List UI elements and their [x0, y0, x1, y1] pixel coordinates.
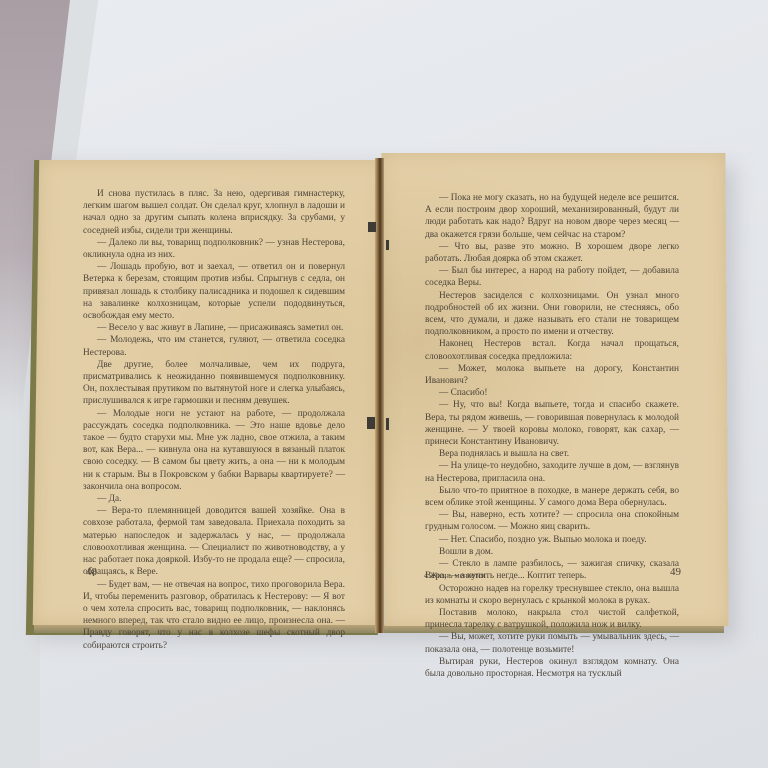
paragraph: — Молодежь, что им станется, гуляют, — о… — [83, 334, 345, 358]
paragraph: — Ну, что вы! Когда выпьете, тогда и спа… — [425, 399, 679, 448]
paragraph: И снова пустилась в пляс. За нею, одерги… — [83, 188, 345, 237]
paragraph: — Вы, может, хотите руки помыть — умывал… — [425, 631, 679, 655]
book-spine-gutter — [375, 158, 384, 633]
left-page-number: 48 — [86, 566, 97, 578]
paragraph: — Был бы интерес, а народ на работу пойд… — [425, 265, 679, 289]
paragraph: Осторожно надев на горелку треснувшее ст… — [425, 583, 679, 607]
printer-signature: 4 Жизнь меняется — [424, 571, 486, 580]
paragraph: — Что вы, разве это можно. В хорошем дво… — [425, 241, 679, 265]
binding-mark — [368, 222, 376, 232]
paragraph: Поставив молоко, накрыла стол чистой сал… — [425, 607, 679, 631]
right-page-number: 49 — [670, 566, 681, 578]
paragraph: Две другие, более молчаливые, чем их под… — [83, 359, 345, 408]
paragraph: Было что-то приятное в походке, в манере… — [425, 485, 679, 509]
paragraph: — Нет. Спасибо, поздно уж. Выпью молока … — [425, 534, 679, 546]
paragraph: Вошли в дом. — [425, 546, 679, 558]
binding-mark — [367, 417, 375, 429]
right-page-text: — Пока не могу сказать, но на будущей не… — [425, 192, 679, 680]
paragraph: — Будет вам, — не отвечая на вопрос, тих… — [83, 579, 345, 652]
paragraph: Вытирая руки, Нестеров окинул взглядом к… — [425, 656, 679, 680]
paragraph: Наконец Нестеров встал. Когда начал прощ… — [425, 338, 679, 362]
paragraph: — Лошадь пробую, вот и заехал, — ответил… — [83, 261, 345, 322]
paragraph: — Спасибо! — [425, 387, 679, 399]
paragraph: — Да. — [83, 493, 345, 505]
paragraph: — Далеко ли вы, товарищ подполковник? — … — [83, 237, 345, 261]
paragraph: — Пока не могу сказать, но на будущей не… — [425, 192, 679, 241]
paragraph: Нестеров засиделся с колхозницами. Он уз… — [425, 290, 679, 339]
left-page-text: И снова пустилась в пляс. За нею, одерги… — [83, 188, 345, 652]
binding-mark — [386, 240, 389, 250]
binding-mark — [386, 418, 389, 430]
paragraph: — Может, молока выпьете на дорогу, Конст… — [425, 363, 679, 387]
paragraph: — Вы, наверно, есть хотите? — спросила о… — [425, 509, 679, 533]
paragraph: — Молодые ноги не устают на работе, — пр… — [83, 408, 345, 493]
paragraph: — Вера-то племянницей доводится вашей хо… — [83, 505, 345, 578]
paragraph: — Весело у вас живут в Лапине, — присажи… — [83, 322, 345, 334]
paragraph: — На улице-то неудобно, заходите лучше в… — [425, 460, 679, 484]
paragraph: Вера поднялась и вышла на свет. — [425, 448, 679, 460]
